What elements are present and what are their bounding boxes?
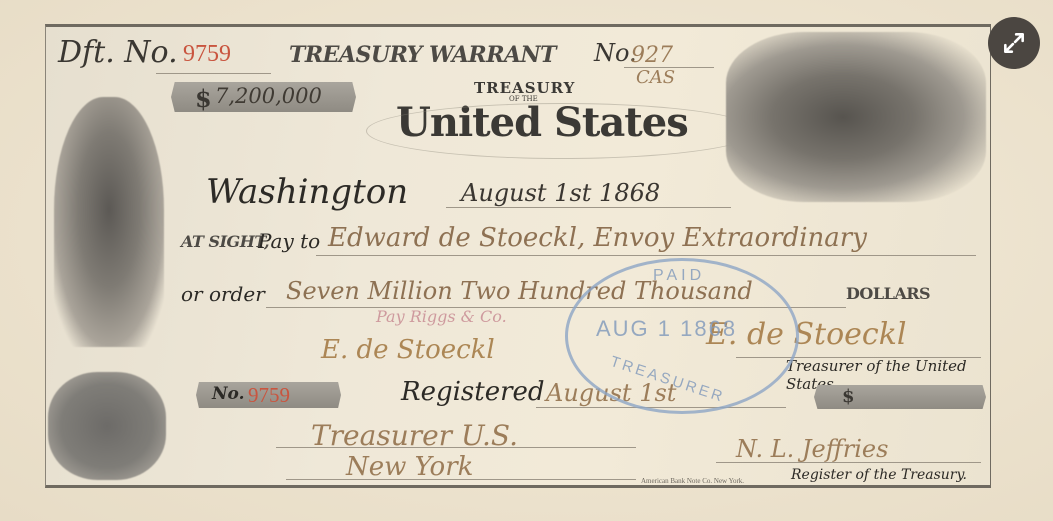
title-flourish: [366, 103, 758, 159]
amount-figure: 7,200,000: [215, 84, 322, 108]
stamp-date: AUG 1 1868: [596, 316, 737, 342]
register-caption: Register of the Treasury.: [791, 467, 967, 483]
registration-number-panel: No. 9759: [196, 382, 341, 408]
dollars-label: DOLLARS: [846, 284, 930, 303]
printer-imprint: American Bank Note Co. New York.: [641, 477, 744, 485]
expand-arrows-icon: [1001, 30, 1027, 56]
paid-stamp: PAID AUG 1 1868 TREASURER: [565, 258, 799, 414]
expand-image-button[interactable]: [988, 17, 1040, 69]
amount-panel: $ 7,200,000: [171, 82, 356, 112]
registration-no-label: No.: [212, 384, 245, 404]
allegorical-scene-engraving: [726, 32, 986, 202]
endorsement-signature-1: E. de Stoeckl: [321, 335, 495, 365]
registered-label: Registered: [401, 377, 545, 407]
stamp-bottom-text: TREASURER: [608, 353, 727, 406]
warrant-number: 927: [631, 43, 673, 68]
payee-name: Edward de Stoeckl, Envoy Extraordinary: [328, 223, 867, 253]
treasury-warrant-document: Dft. No. 9759 $ 7,200,000 TREASURY WARRA…: [45, 24, 991, 488]
faint-annotation: Pay Riggs & Co.: [376, 307, 507, 326]
liberty-figure-engraving: [54, 97, 164, 347]
dft-label: Dft. No.: [58, 35, 178, 70]
document-title: TREASURY WARRANT: [289, 42, 556, 68]
dft-number: 9759: [183, 41, 231, 68]
treasurer-amount-panel: $: [814, 385, 986, 409]
dollar-sign: $: [195, 84, 212, 113]
treasurer-dollar-sign: $: [842, 386, 855, 407]
stamp-top-text: PAID: [653, 267, 705, 285]
register-signature: N. L. Jeffries: [736, 435, 888, 463]
issue-date: August 1st 1868: [461, 179, 660, 207]
handwritten-new-york: New York: [346, 452, 473, 482]
ornamental-shield-engraving: [48, 372, 166, 480]
warrant-annotation: CAS: [636, 67, 675, 88]
pay-to-label: Pay to: [258, 229, 320, 253]
or-order-label: or order: [181, 282, 265, 306]
at-sight-label: AT SIGHT,: [181, 232, 269, 251]
registration-number: 9759: [248, 383, 290, 408]
place: Washington: [206, 172, 408, 212]
